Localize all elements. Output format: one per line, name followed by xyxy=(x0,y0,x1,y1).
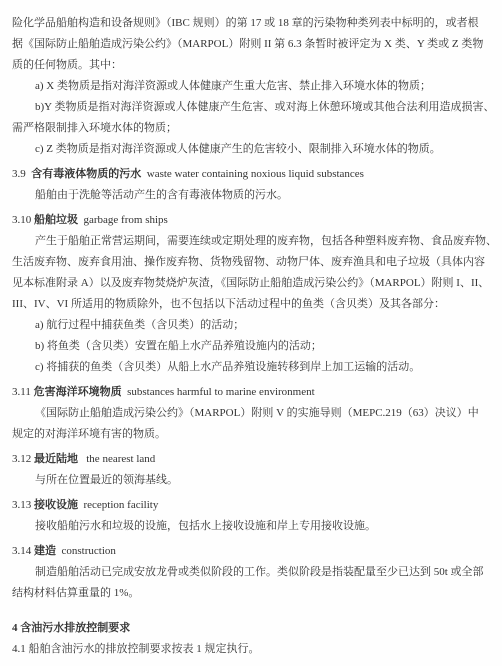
text-line: 船舶由于洗舱等活动产生的含有毒液体物质的污水。 xyxy=(12,185,492,206)
text-run: 与所在位置最近的领海基线。 xyxy=(35,474,178,486)
section-heading: 3.12 最近陆地 the nearest land xyxy=(12,449,492,470)
text-line: c) 将捕获的鱼类（含贝类）从船上水产品养殖设施转移到岸上加工运输的活动。 xyxy=(12,357,492,378)
bold-text-run: 4 含油污水排放控制要求 xyxy=(12,622,130,634)
bold-text-run: 含有毒液体物质的污水 xyxy=(31,168,141,180)
text-run: 产生于船舶正常营运期间，需要连续或定期处理的废弃物，包括各种塑料废弃物、食品废弃… xyxy=(35,235,497,247)
text-line: 与所在位置最近的领海基线。 xyxy=(12,470,492,491)
text-run: 3.9 xyxy=(12,168,31,180)
text-line: 制造船舶活动已完成安放龙骨或类似阶段的工作。类似阶段是指装配量至少已达到 50t… xyxy=(12,562,492,583)
text-line: 据《国际防止船舶造成污染公约》（MARPOL）附则 II 第 6.3 条暂时被评… xyxy=(12,34,492,55)
text-run: III、IV、VI 所适用的物质除外，也不包括以下活动过程中的鱼类（含贝类）及其… xyxy=(12,298,445,310)
text-line: III、IV、VI 所适用的物质除外，也不包括以下活动过程中的鱼类（含贝类）及其… xyxy=(12,294,492,315)
text-run: substances harmful to marine environment xyxy=(122,386,315,398)
text-line: 险化学品船舶构造和设备规则》（IBC 规则）的第 17 或 18 章的污染物种类… xyxy=(12,13,492,34)
text-run: 3.11 xyxy=(12,386,34,398)
bold-text-run: 船舶垃圾 xyxy=(34,214,78,226)
text-line: 4.1 船舶含油污水的排放控制要求按表 1 规定执行。 xyxy=(12,639,492,660)
text-run: 《国际防止船舶造成污染公约》（MARPOL）附则 V 的实施导则（MEPC.21… xyxy=(35,407,479,419)
text-run: c) Z 类物质是指对海洋资源或人体健康产生的危害较小、限制排入环境水体的物质。 xyxy=(35,143,441,155)
text-run: the nearest land xyxy=(78,453,155,465)
text-run: b)Y 类物质是指对海洋资源或人体健康产生危害、或对海上休憩环境或其他合法利用造… xyxy=(35,101,494,113)
text-run: b) 将鱼类（含贝类）安置在船上水产品养殖设施内的活动； xyxy=(35,340,322,352)
text-line: 《国际防止船舶造成污染公约》（MARPOL）附则 V 的实施导则（MEPC.21… xyxy=(12,403,492,424)
text-run: reception facility xyxy=(78,499,158,511)
text-line: 生活废弃物、废弃食用油、操作废弃物、货物残留物、动物尸体、废弃渔具和电子垃圾（具… xyxy=(12,252,492,273)
text-line: 结构材料估算重量的 1%。 xyxy=(12,583,492,604)
text-run: 据《国际防止船舶造成污染公约》（MARPOL）附则 II 第 6.3 条暂时被评… xyxy=(12,38,483,50)
text-run: 质的任何物质。其中： xyxy=(12,59,122,71)
text-run: 3.13 xyxy=(12,499,34,511)
text-run: 生活废弃物、废弃食用油、操作废弃物、货物残留物、动物尸体、废弃渔具和电子垃圾（具… xyxy=(12,256,485,268)
section-heading: 3.13 接收设施 reception facility xyxy=(12,495,492,516)
text-run: 3.12 xyxy=(12,453,34,465)
text-run: 接收船舶污水和垃圾的设施，包括水上接收设施和岸上专用接收设施。 xyxy=(35,520,376,532)
text-line: a) 航行过程中捕获鱼类（含贝类）的活动； xyxy=(12,315,492,336)
document-page: 险化学品船舶构造和设备规则》（IBC 规则）的第 17 或 18 章的污染物种类… xyxy=(0,0,502,666)
text-run: 4.1 船舶含油污水的排放控制要求按表 1 规定执行。 xyxy=(12,643,260,655)
bold-text-run: 建造 xyxy=(34,545,56,557)
text-run: 需严格限制排入环境水体的物质； xyxy=(12,122,177,134)
text-run: 3.14 xyxy=(12,545,34,557)
text-line: 需严格限制排入环境水体的物质； xyxy=(12,118,492,139)
text-run: 船舶由于洗舱等活动产生的含有毒液体物质的污水。 xyxy=(35,189,288,201)
text-run: 结构材料估算重量的 1%。 xyxy=(12,587,139,599)
bold-text-run: 最近陆地 xyxy=(34,453,78,465)
section-heading: 4 含油污水排放控制要求 xyxy=(12,618,492,639)
text-run: construction xyxy=(56,545,116,557)
bold-text-run: 接收设施 xyxy=(34,499,78,511)
section-heading: 3.11 危害海洋环境物质 substances harmful to mari… xyxy=(12,382,492,403)
text-run: 险化学品船舶构造和设备规则》（IBC 规则）的第 17 或 18 章的污染物种类… xyxy=(12,17,479,29)
bold-text-run: 危害海洋环境物质 xyxy=(34,386,122,398)
text-run: 制造船舶活动已完成安放龙骨或类似阶段的工作。类似阶段是指装配量至少已达到 50t… xyxy=(35,566,484,578)
text-line: 规定的对海洋环境有害的物质。 xyxy=(12,424,492,445)
text-line: 见本标准附录 A）以及废弃物焚烧炉灰渣，《国际防止船舶造成污染公约》（MARPO… xyxy=(12,273,492,294)
text-line: 质的任何物质。其中： xyxy=(12,55,492,76)
text-line: b)Y 类物质是指对海洋资源或人体健康产生危害、或对海上休憩环境或其他合法利用造… xyxy=(12,97,492,118)
text-run: 规定的对海洋环境有害的物质。 xyxy=(12,428,166,440)
text-run: garbage from ships xyxy=(78,214,168,226)
text-line: b) 将鱼类（含贝类）安置在船上水产品养殖设施内的活动； xyxy=(12,336,492,357)
text-line: 接收船舶污水和垃圾的设施，包括水上接收设施和岸上专用接收设施。 xyxy=(12,516,492,537)
text-line: a) X 类物质是指对海洋资源或人体健康产生重大危害、禁止排入环境水体的物质； xyxy=(12,76,492,97)
text-run: c) 将捕获的鱼类（含贝类）从船上水产品养殖设施转移到岸上加工运输的活动。 xyxy=(35,361,420,373)
text-run: a) 航行过程中捕获鱼类（含贝类）的活动； xyxy=(35,319,244,331)
text-run: 3.10 xyxy=(12,214,34,226)
text-run: 见本标准附录 A）以及废弃物焚烧炉灰渣，《国际防止船舶造成污染公约》（MARPO… xyxy=(12,277,489,289)
text-line: 产生于船舶正常营运期间，需要连续或定期处理的废弃物，包括各种塑料废弃物、食品废弃… xyxy=(12,231,492,252)
section-heading: 3.10 船舶垃圾 garbage from ships xyxy=(12,210,492,231)
text-run: waste water containing noxious liquid su… xyxy=(141,168,364,180)
section-heading: 3.14 建造 construction xyxy=(12,541,492,562)
text-run: a) X 类物质是指对海洋资源或人体健康产生重大危害、禁止排入环境水体的物质； xyxy=(35,80,431,92)
text-line: c) Z 类物质是指对海洋资源或人体健康产生的危害较小、限制排入环境水体的物质。 xyxy=(12,139,492,160)
section-heading: 3.9 含有毒液体物质的污水 waste water containing no… xyxy=(12,164,492,185)
